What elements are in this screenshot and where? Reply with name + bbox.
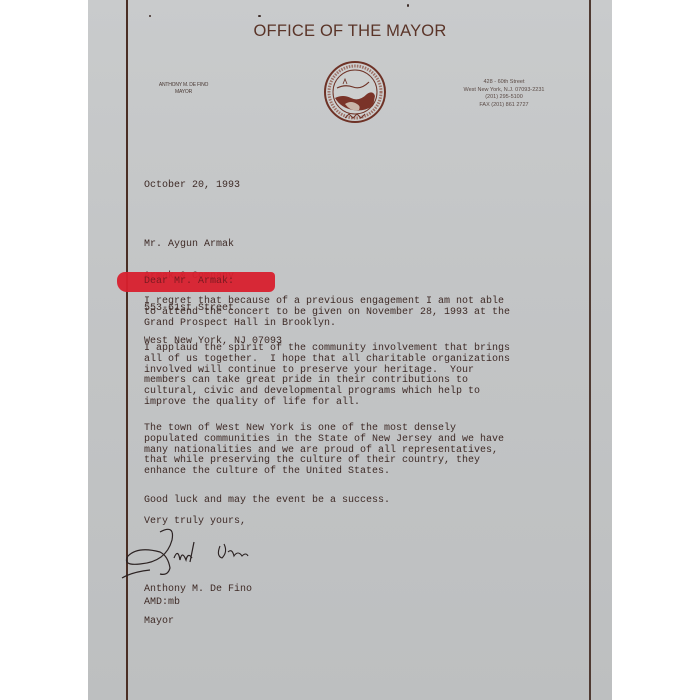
left-margin-rule [126,0,128,700]
right-margin-rule [589,0,591,700]
salutation-highlighted: Dear Mr. Armak: [117,272,275,292]
mayor-name: ANTHONY M. DE FINO [141,82,226,89]
address-phone: (201) 295-5100 [424,94,584,102]
recipient-name: Mr. Aygun Armak [144,240,282,251]
salutation: Dear Mr. Armak: [144,276,234,287]
paper-speck [258,15,261,17]
letterhead-mayor-block: ANTHONY M. DE FINO MAYOR [141,82,226,96]
signer-name: Anthony M. De Fino [144,585,252,596]
letter-page: OFFICE OF THE MAYOR ANTHONY M. DE FINO M… [88,0,612,700]
typist-initials: AMD:mb [144,598,180,609]
letterhead-address: 428 - 60th Street West New York, N.J. 07… [424,79,584,109]
address-street: 428 - 60th Street [424,79,584,87]
mayor-title: MAYOR [141,89,226,96]
address-city: West New York, N.J. 07093-2231 [424,87,584,95]
letter-date: October 20, 1993 [144,181,240,192]
paper-speck [149,15,151,17]
town-seal-icon [323,60,387,124]
signer-title: Mayor [144,617,252,628]
address-fax: FAX (201) 861 2727 [424,102,584,110]
body-paragraph-4: Good luck and may the event be a success… [144,496,390,507]
body-paragraph-1: I regret that because of a previous enga… [144,297,510,329]
letterhead-title: OFFICE OF THE MAYOR [88,22,612,41]
paper-speck [407,4,409,7]
body-paragraph-3: The town of West New York is one of the … [144,424,504,478]
body-paragraph-2: I applaud the spirit of the community in… [144,344,510,409]
handwritten-signature-icon [120,522,270,584]
